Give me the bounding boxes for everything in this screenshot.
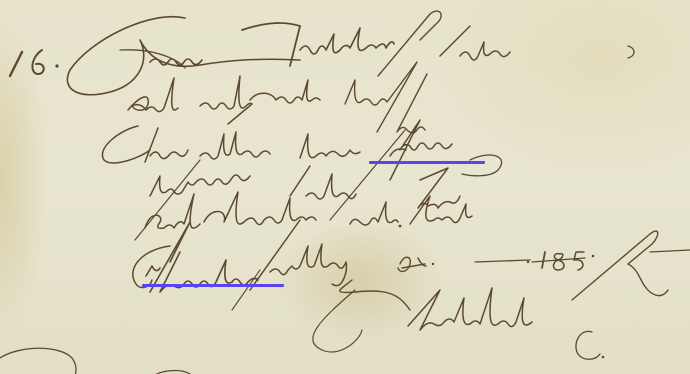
handwriting-ink — [0, 0, 690, 374]
manuscript-page: 16. Daniel Knüffer selig Sohn auch Danie… — [0, 0, 690, 374]
annotation-underline-bestandig — [142, 284, 284, 287]
annotation-underline-ganz — [369, 161, 485, 164]
